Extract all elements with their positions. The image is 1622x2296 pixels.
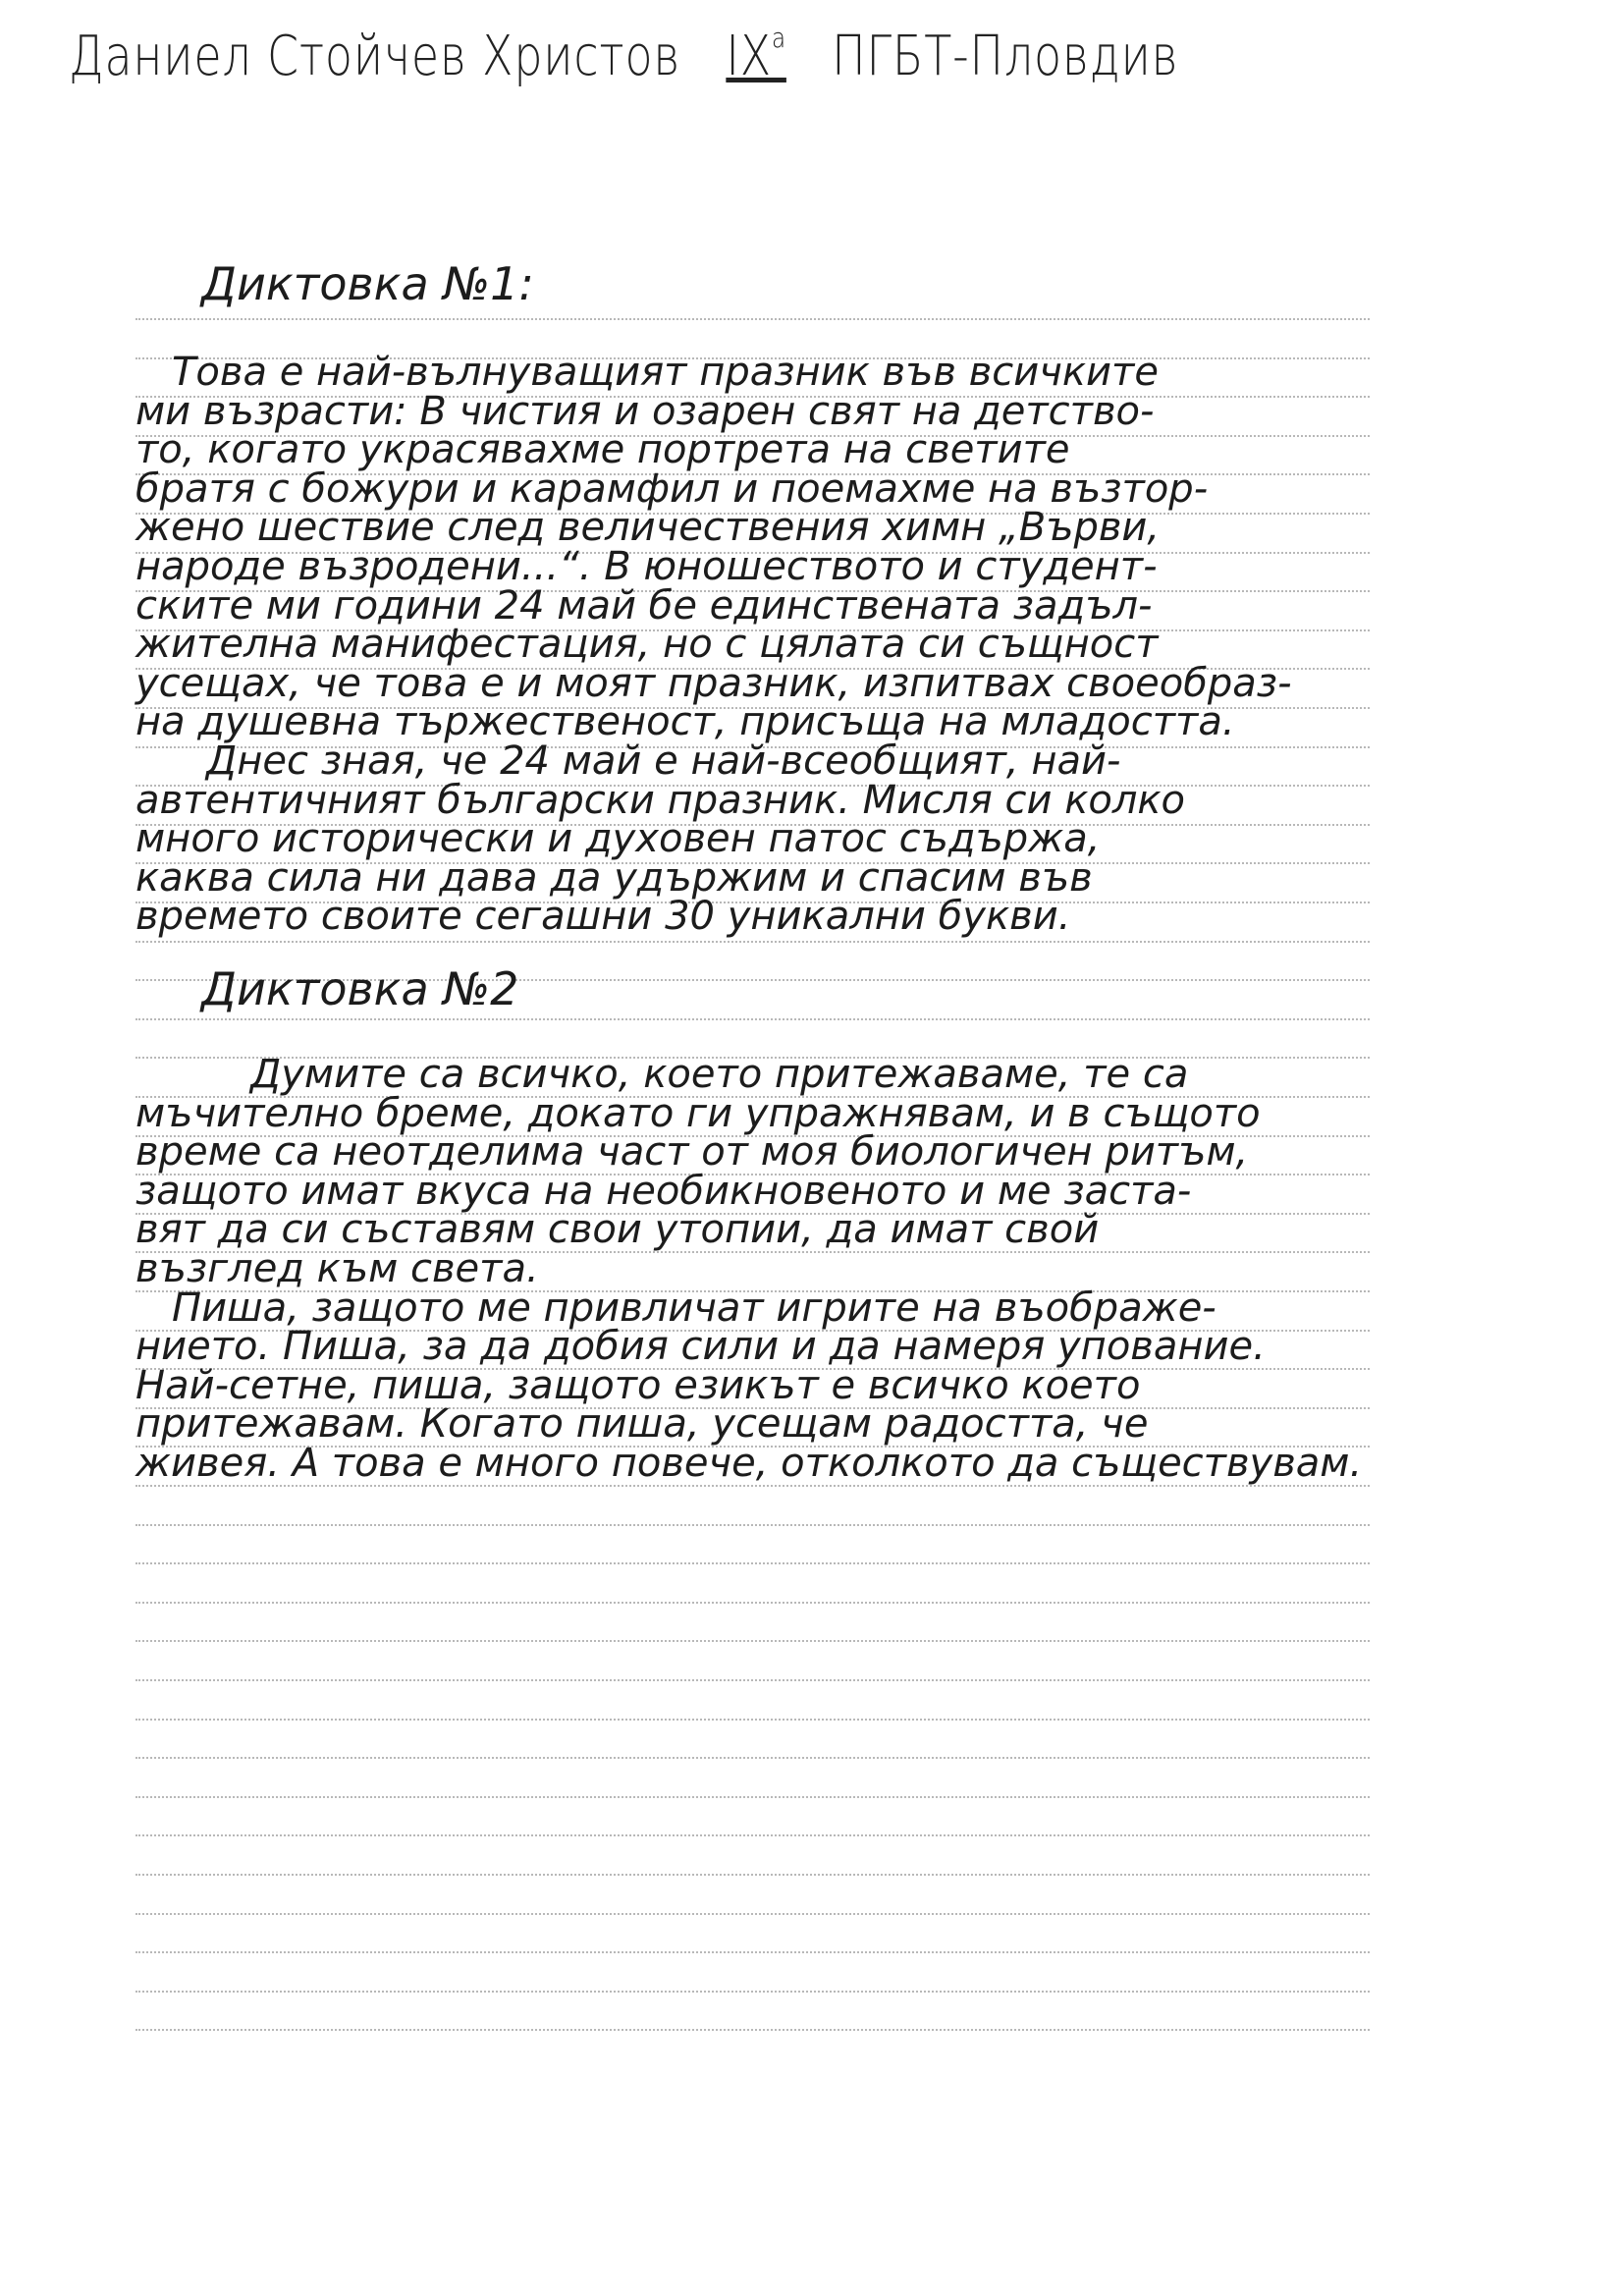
ruled-line (135, 1796, 1370, 1798)
ruled-line (135, 1719, 1370, 1721)
ruled-line (135, 318, 1370, 320)
text-line: живея. А това е много повече, отколкото … (135, 1441, 1362, 1486)
ruled-line (135, 1640, 1370, 1642)
text-line: времето своите сегашни 30 уникални букви… (135, 894, 1070, 939)
ruled-line (135, 1562, 1370, 1564)
ruled-line (135, 1602, 1370, 1604)
ruled-line (135, 941, 1370, 943)
dictation-1-title: Диктовка №1: (201, 257, 534, 310)
ruled-line (135, 1951, 1370, 1953)
dictation-2-title: Диктовка №2 (201, 962, 518, 1015)
ruled-line (135, 2029, 1370, 2031)
ruled-line (135, 1679, 1370, 1681)
ruled-line (135, 1757, 1370, 1759)
handwritten-page: Даниел Стойчев Христов IXа ПГБТ-Пловдив … (0, 0, 1622, 2296)
ruled-line (135, 1874, 1370, 1876)
ruled-line (135, 1913, 1370, 1915)
ruled-line (135, 1991, 1370, 1993)
ruled-line (135, 1524, 1370, 1526)
ruled-line (135, 1018, 1370, 1020)
ruled-line (135, 1834, 1370, 1836)
